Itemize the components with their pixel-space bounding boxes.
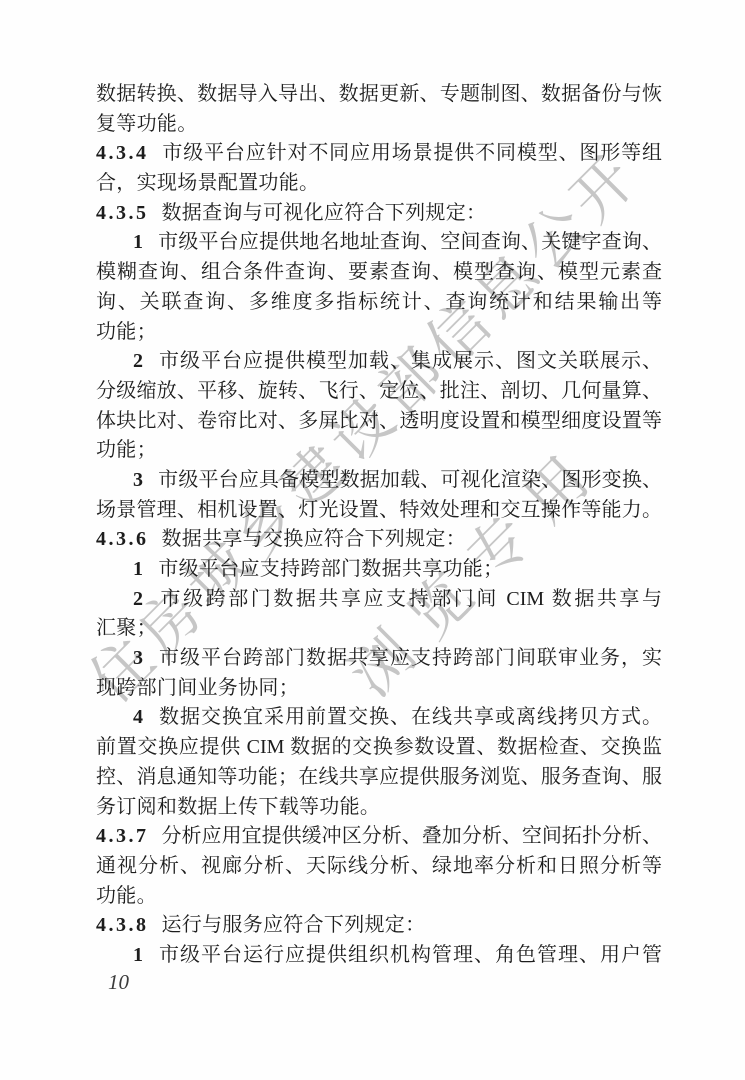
body-line: 前置交换应提供 CIM 数据的交换参数设置、数据检查、交换监 bbox=[96, 733, 662, 763]
body-line: 场景管理、相机设置、灯光设置、特效处理和交互操作等能力。 bbox=[96, 496, 662, 526]
clause-heading-line: 4.3.4市级平台应针对不同应用场景提供不同模型、图形等组 bbox=[96, 139, 662, 169]
clause-number: 4.3.4 bbox=[96, 142, 149, 164]
page-number: 10 bbox=[108, 968, 129, 996]
body-line: 务订阅和数据上传下载等功能。 bbox=[96, 793, 662, 823]
clause-number: 4.3.5 bbox=[96, 202, 149, 224]
numbered-item-line: 4数据交换宜采用前置交换、在线共享或离线拷贝方式。 bbox=[96, 703, 662, 733]
body-line: 合，实现场景配置功能。 bbox=[96, 169, 662, 199]
numbered-item-line: 1市级平台应提供地名地址查询、空间查询、关键字查询、 bbox=[96, 228, 662, 258]
item-number: 1 bbox=[133, 231, 143, 253]
item-number: 1 bbox=[133, 944, 143, 966]
item-number: 2 bbox=[133, 588, 143, 610]
numbered-item-line: 1市级平台应支持跨部门数据共享功能； bbox=[96, 555, 662, 585]
numbered-item-line: 2市级平台应提供模型加载、集成展示、图文关联展示、 bbox=[96, 347, 662, 377]
body-line: 询、关联查询、多维度多指标统计、查询统计和结果输出等 bbox=[96, 288, 662, 318]
body-line: 分级缩放、平移、旋转、飞行、定位、批注、剖切、几何量算、 bbox=[96, 377, 662, 407]
item-number: 3 bbox=[133, 647, 143, 669]
clause-number: 4.3.6 bbox=[96, 528, 149, 550]
body-line: 复等功能。 bbox=[96, 110, 662, 140]
body-line: 模糊查询、组合条件查询、要素查询、模型查询、模型元素查 bbox=[96, 258, 662, 288]
numbered-item-line: 2市级跨部门数据共享应支持部门间 CIM 数据共享与 bbox=[96, 585, 662, 615]
body-line: 数据转换、数据导入导出、数据更新、专题制图、数据备份与恢 bbox=[96, 80, 662, 110]
item-number: 2 bbox=[133, 350, 143, 372]
body-line: 功能； bbox=[96, 318, 662, 348]
clause-number: 4.3.8 bbox=[96, 914, 149, 936]
item-number: 3 bbox=[133, 469, 143, 491]
numbered-item-line: 3市级平台跨部门数据共享应支持跨部门间联审业务，实 bbox=[96, 644, 662, 674]
body-line: 功能。 bbox=[96, 882, 662, 912]
document-page: 住房城乡建设部信息公开 浏览专用 数据转换、数据导入导出、数据更新、专题制图、数… bbox=[0, 0, 745, 1080]
body-text: 数据转换、数据导入导出、数据更新、专题制图、数据备份与恢复等功能。4.3.4市级… bbox=[96, 80, 662, 971]
body-line: 现跨部门间业务协同； bbox=[96, 674, 662, 704]
numbered-item-line: 3市级平台应具备模型数据加载、可视化渲染、图形变换、 bbox=[96, 466, 662, 496]
clause-heading-line: 4.3.8运行与服务应符合下列规定： bbox=[96, 911, 662, 941]
numbered-item-line: 1市级平台运行应提供组织机构管理、角色管理、用户管 bbox=[96, 941, 662, 971]
clause-heading-line: 4.3.7分析应用宜提供缓冲区分析、叠加分析、空间拓扑分析、 bbox=[96, 822, 662, 852]
body-line: 汇聚； bbox=[96, 614, 662, 644]
clause-heading-line: 4.3.6数据共享与交换应符合下列规定： bbox=[96, 525, 662, 555]
clause-heading-line: 4.3.5数据查询与可视化应符合下列规定： bbox=[96, 199, 662, 229]
item-number: 1 bbox=[133, 558, 143, 580]
clause-number: 4.3.7 bbox=[96, 825, 149, 847]
body-line: 通视分析、视廊分析、天际线分析、绿地率分析和日照分析等 bbox=[96, 852, 662, 882]
body-line: 体块比对、卷帘比对、多屏比对、透明度设置和模型细度设置等 bbox=[96, 407, 662, 437]
body-line: 控、消息通知等功能；在线共享应提供服务浏览、服务查询、服 bbox=[96, 763, 662, 793]
item-number: 4 bbox=[133, 706, 143, 728]
body-line: 功能； bbox=[96, 436, 662, 466]
